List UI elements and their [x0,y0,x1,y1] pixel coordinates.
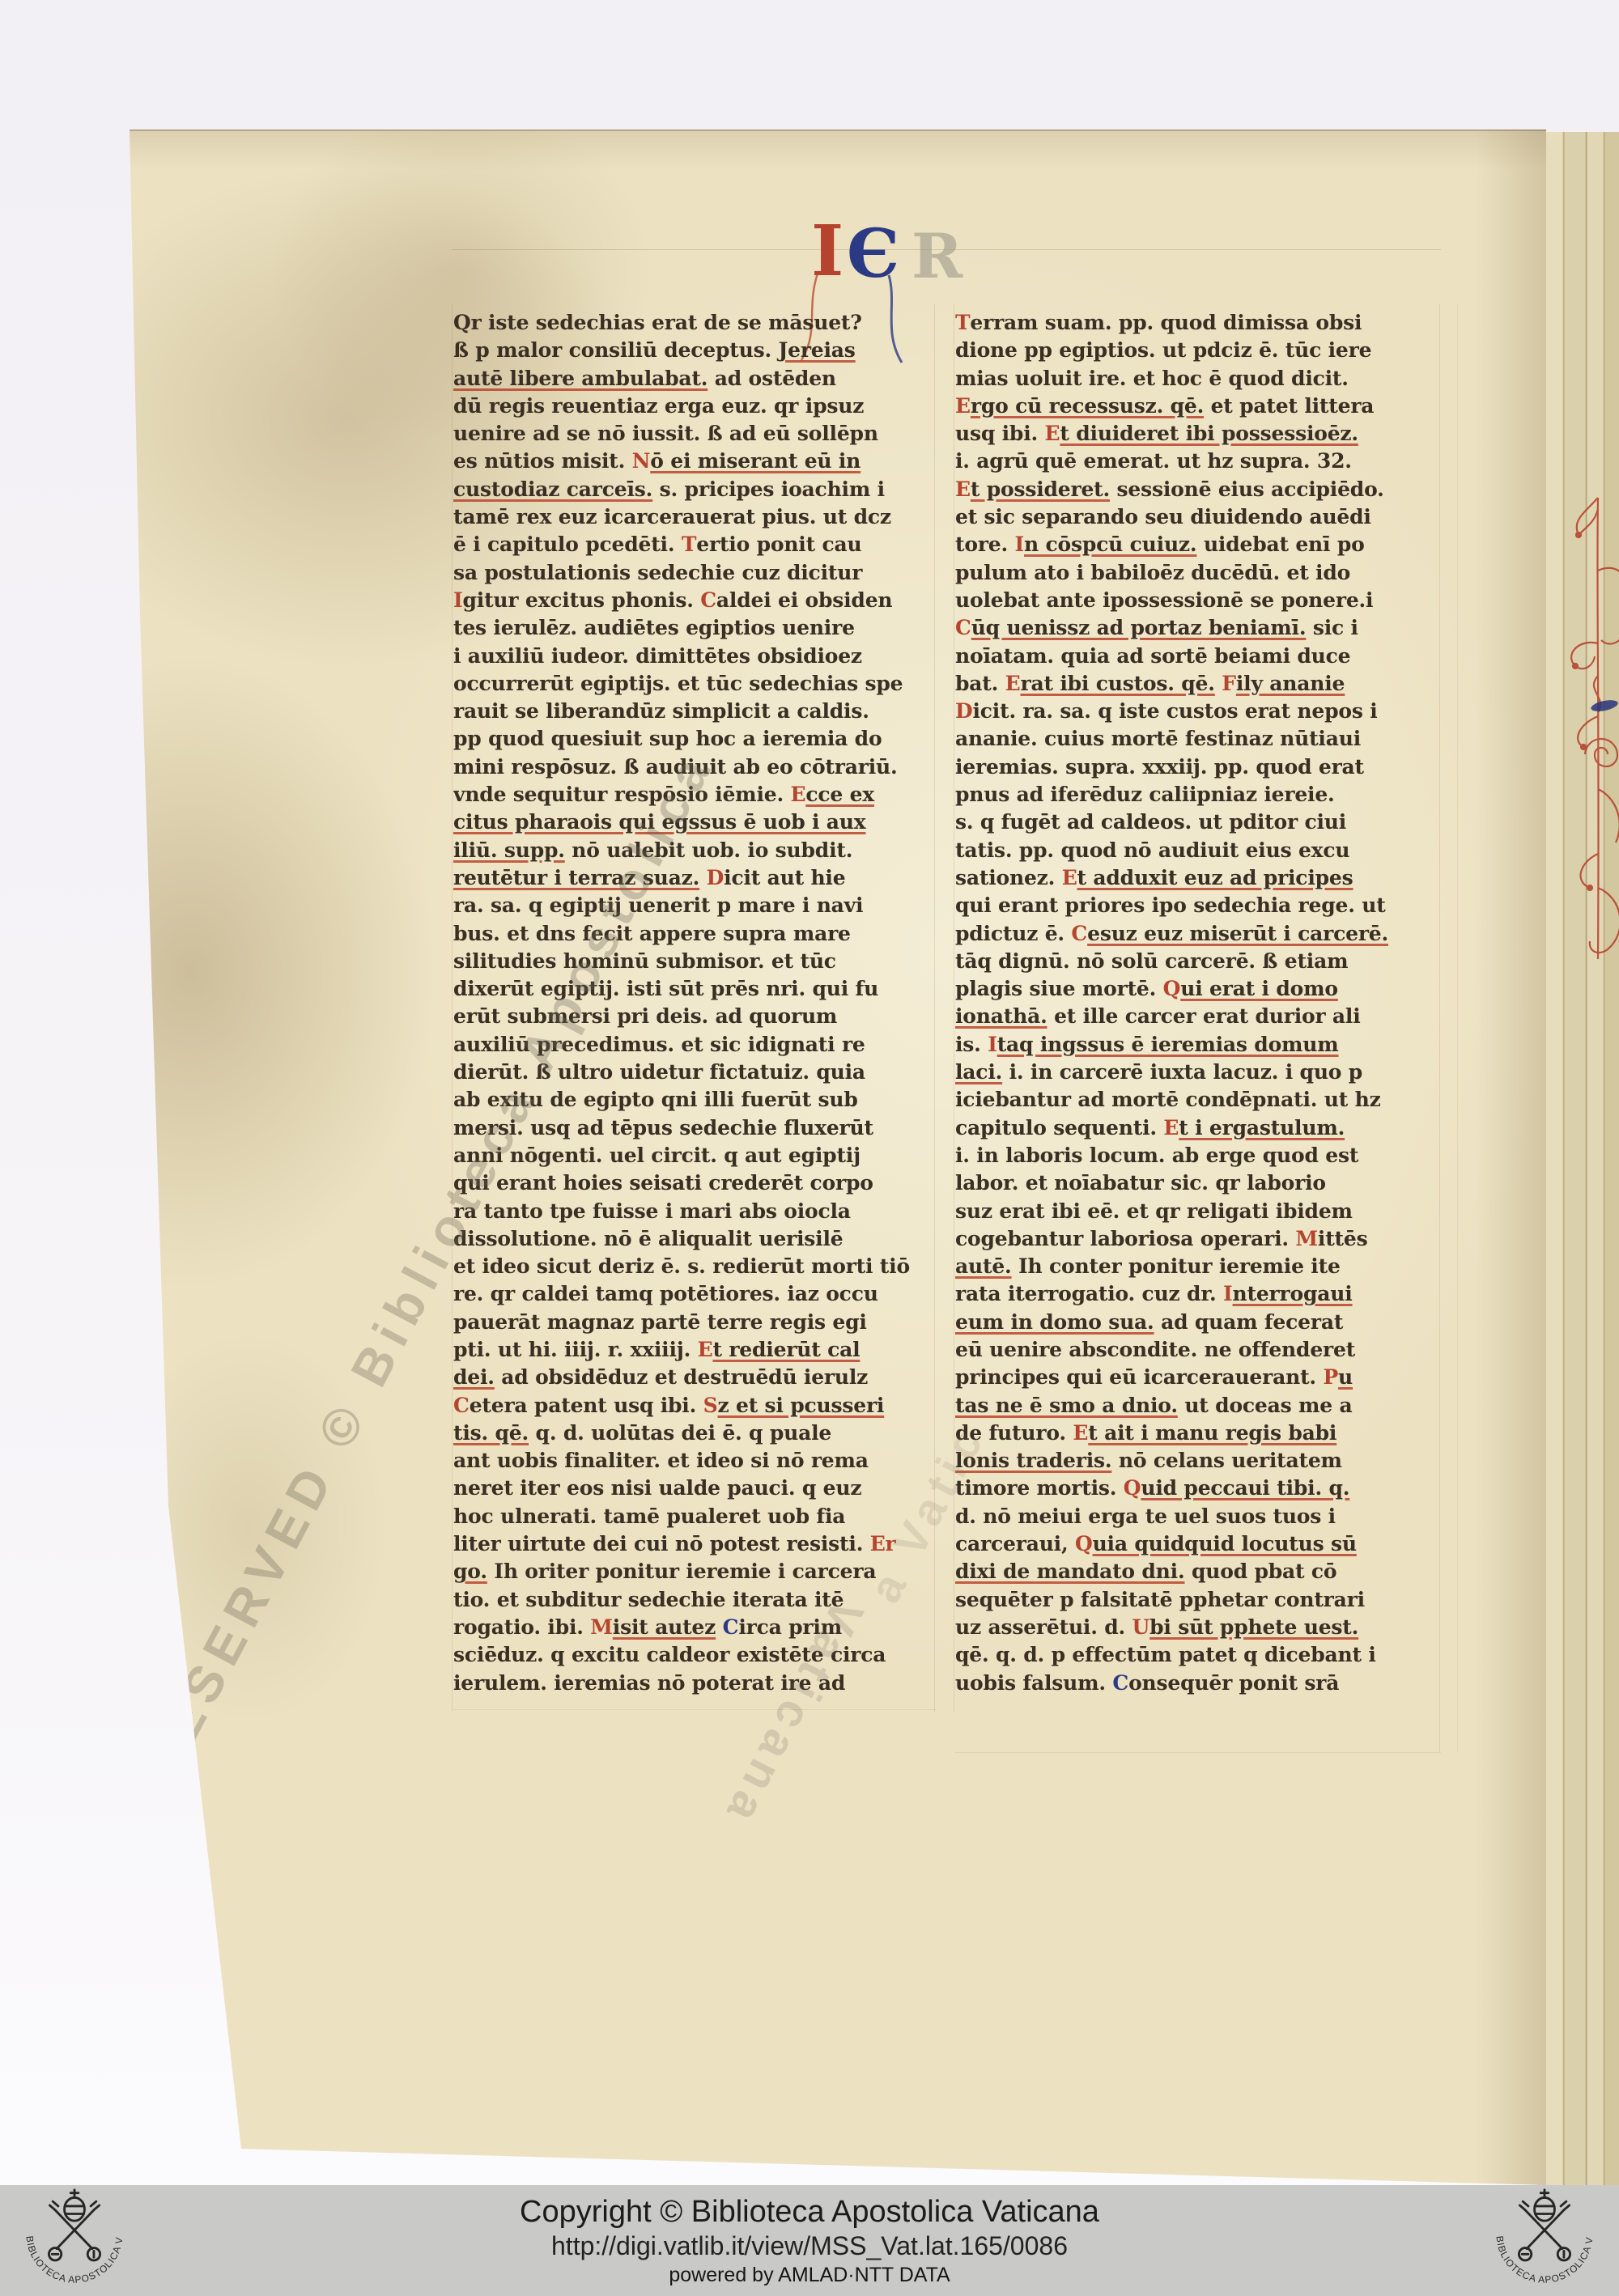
manuscript-line: Dicit. ra. sa. q iste custos erat nepos … [955,698,1439,725]
manuscript-line: tore. In cōspcū cuiuz. uidebat enī po [955,531,1439,558]
manuscript-line: bus. et dns fecit appere supra mare [453,920,934,948]
manuscript-line: ra tanto tpe fuisse i mari abs oiocla [453,1198,934,1225]
footer-text-block: Copyright © Biblioteca Apostolica Vatica… [149,2194,1470,2288]
ruling-line-bottom-right [955,1752,1441,1753]
footer-url: http://digi.vatlib.it/view/MSS_Vat.lat.1… [149,2230,1470,2262]
manuscript-line: citus pharaois qui egssus ē uob i aux [453,808,934,836]
manuscript-line: es nūtios misit. Nō ei miserant eū in [453,448,934,475]
red-filigree-ornament [1551,473,1619,991]
manuscript-line: laci. i. in carcerē iuxta lacuz. i quo p [955,1059,1439,1086]
manuscript-line: dixerūt egiptij. isti sūt prēs nri. qui … [453,975,934,1003]
manuscript-line: iliū. supp. nō ualebit uob. io subdit. [453,837,934,864]
manuscript-line: silitudies hominū submisor. et tūc [453,948,934,975]
manuscript-line: tio. et subditur sedechie iterata itē [453,1586,934,1614]
manuscript-line: pp quod quesiuit sup hoc a ieremia do [453,725,934,753]
manuscript-line: ierulem. ieremias nō poterat ire ad [453,1670,934,1697]
ruling-line-bottom-left [453,1709,936,1710]
footer-powered-by: powered by AMLAD·NTT DATA [149,2262,1470,2288]
manuscript-line: rauit se liberandūz simplicit a caldis. [453,698,934,725]
manuscript-line: pti. ut hi. iiij. r. xxiiij. Et redierūt… [453,1336,934,1364]
manuscript-line: Terram suam. pp. quod dimissa obsi [955,309,1439,337]
manuscript-line: auxiliū precedimus. et sic idignati re [453,1031,934,1059]
manuscript-line: Et possideret. sessionē eius accipiēdo. [955,476,1439,503]
manuscript-line: erūt submersi pri deis. ad quorum [453,1003,934,1030]
manuscript-line: labor. et noīabatur sic. qr laborio [955,1169,1439,1197]
manuscript-line: Igitur excitus phonis. Caldei ei obsiden [453,587,934,614]
manuscript-line: eū uenire abscondite. ne offenderet [955,1336,1439,1364]
manuscript-line: i. agrū quē emerat. ut hz supra. 32. [955,448,1439,475]
manuscript-line: capitulo sequenti. Et i ergastulum. [955,1114,1439,1142]
manuscript-line: suz erat ibi eē. et qr religati ibidem [955,1198,1439,1225]
manuscript-line: ant uobis finaliter. et ideo si nō rema [453,1447,934,1475]
manuscript-line: tes ierulēz. audiētes egiptios uenire [453,614,934,642]
manuscript-line: ē i capitulo pcedēti. Tertio ponit cau [453,531,934,558]
manuscript-line: mias uoluit ire. et hoc ē quod dicit. [955,365,1439,393]
manuscript-line: tis. qē. q. d. uolūtas dei ē. q puale [453,1420,934,1447]
manuscript-line: uobis falsum. Consequēr ponit srā [955,1670,1439,1697]
manuscript-line: s. q fugēt ad caldeos. ut pditor ciui [955,808,1439,836]
manuscript-line: et sic separando seu diuidendo auēdi [955,503,1439,531]
manuscript-line: vnde sequitur respōsio iēmie. Ecce ex [453,781,934,808]
manuscript-line: timore mortis. Quid peccaui tibi. q. [955,1475,1439,1502]
manuscript-line: mini respōsuz. ß audiuit ab eo cōtrariū. [453,753,934,781]
column-guide-right-outer [1439,303,1440,1752]
manuscript-line: go. Ih oriter ponitur ieremie i carcera [453,1558,934,1585]
manuscript-line: re. qr caldei tamq potētiores. iaz occu [453,1280,934,1308]
manuscript-line: hoc ulnerati. tamē pualeret uob fia [453,1503,934,1530]
manuscript-line: ieremias. supra. xxxiij. pp. quod erat [955,753,1439,781]
manuscript-line: ananie. cuius mortē festinaz nūtiaui [955,725,1439,753]
column-guide-left-inner [934,303,935,1712]
manuscript-line: qui erant priores ipo sedechia rege. ut [955,892,1439,919]
manuscript-line: tamē rex euz icarcerauerat pius. ut dcz [453,503,934,531]
manuscript-line: dissolutione. nō ē aliqualit uerisilē [453,1225,934,1253]
manuscript-line: sationez. Et adduxit euz ad pricipes [955,864,1439,892]
column-guide-right-margin [1457,303,1458,1752]
manuscript-line: principes qui eū icarcerauerant. Pu [955,1364,1439,1391]
manuscript-line: eum in domo sua. ad quam fecerat [955,1309,1439,1336]
manuscript-line: plagis siue mortē. Qui erat i domo [955,975,1439,1003]
manuscript-line: ab exitu de egipto qni illi fuerūt sub [453,1086,934,1114]
manuscript-line: dixi de mandato dni. quod pbat cō [955,1558,1439,1585]
manuscript-line: occurrerūt egiptijs. et tūc sedechias sp… [453,670,934,698]
manuscript-line: usq ibi. Et diuideret ibi possessioēz. [955,420,1439,448]
manuscript-line: neret iter eos nisi ualde pauci. q euz [453,1475,934,1502]
manuscript-line: tas ne ē smo a dnio. ut doceas me a [955,1392,1439,1420]
scanned-manuscript-photo: I Є R Qr iste sedechias erat de se māsue… [0,0,1619,2296]
column-guide-left-outer [452,303,453,1712]
manuscript-line: carceraui, Quia quidquid locutus sū [955,1530,1439,1558]
column-guide-right-inner [954,303,954,1712]
manuscript-line: d. nō meiui erga te uel suos tuos i [955,1503,1439,1530]
footer-bar: BIBLIOTECA APOSTOLICA VATICANA Copyright… [0,2185,1619,2296]
manuscript-line: i auxiliū iudeor. dimittētes obsidioez [453,643,934,670]
manuscript-line: ra. sa. q egiptij uenerit p mare i navi [453,892,934,919]
manuscript-line: pdictuz ē. Cesuz euz miserūt i carcerē. [955,920,1439,948]
manuscript-line: dū regis reuentiaz erga euz. qr ipsuz [453,393,934,420]
manuscript-line: pulum ato i babiloēz ducēdū. et ido [955,559,1439,587]
manuscript-line: rogatio. ibi. Misit autez Circa prim [453,1614,934,1641]
manuscript-line: autē. Ih conter ponitur ieremie ite [955,1253,1439,1280]
manuscript-line: noīatam. quia ad sortē beiami duce [955,643,1439,670]
manuscript-line: is. Itaq ingssus ē ieremias domum [955,1031,1439,1059]
manuscript-line: dione pp egiptios. ut pdciz ē. tūc iere [955,337,1439,364]
vatican-library-logo-right: BIBLIOTECA APOSTOLICA VATICANA [1477,2187,1613,2295]
manuscript-line: qui erant hoies seisati crederēt corpo [453,1169,934,1197]
manuscript-line: Cūq uenissz ad portaz beniamī. sic i [955,614,1439,642]
manuscript-line: uenire ad se nō iussit. ß ad eū sollēpn [453,420,934,448]
manuscript-line: iciebantur ad mortē condēpnati. ut hz [955,1086,1439,1114]
manuscript-line: tāq dignū. nō solū carcerē. ß etiam [955,948,1439,975]
manuscript-column-left: Qr iste sedechias erat de se māsuet?ß p … [453,309,934,1698]
manuscript-line: pnus ad iferēduz caliipniaz iereie. [955,781,1439,808]
manuscript-line: sciēduz. q excitu caldeor existēte circa [453,1641,934,1669]
manuscript-line: tatis. pp. quod nō audiuit eius excu [955,837,1439,864]
page-top-edge [120,129,1546,131]
manuscript-line: Ergo cū recessusz. qē. et patet littera [955,393,1439,420]
manuscript-line: rata iterrogatio. cuz dr. Interrogaui [955,1280,1439,1308]
manuscript-line: reutētur i terraz suaz. Dicit aut hie [453,864,934,892]
manuscript-line: liter uirtute dei cui nō potest resisti.… [453,1530,934,1558]
footer-copyright: Copyright © Biblioteca Apostolica Vatica… [149,2194,1470,2230]
manuscript-line: Cetera patent usq ibi. Sz et si pcusseri [453,1392,934,1420]
manuscript-line: uolebat ante ipossessionē se ponere.i [955,587,1439,614]
manuscript-line: autē libere ambulabat. ad ostēden [453,365,934,393]
manuscript-line: ß p malor consiliū deceptus. Jereias [453,337,934,364]
manuscript-line: bat. Erat ibi custos. qē. Fily ananie [955,670,1439,698]
manuscript-line: dierūt. ß ultro uidetur fictatuiz. quia [453,1059,934,1086]
vatican-library-logo-left: BIBLIOTECA APOSTOLICA VATICANA [6,2187,142,2295]
manuscript-line: anni nōgenti. uel circit. q aut egiptij [453,1142,934,1169]
book-fore-edge [1538,132,1619,2185]
manuscript-column-right: Terram suam. pp. quod dimissa obsidione … [955,309,1439,1698]
manuscript-line: de futuro. Et ait i manu regis babi [955,1420,1439,1447]
manuscript-line: dei. ad obsidēduz et destruēdū ierulz [453,1364,934,1391]
manuscript-line: qē. q. d. p effectūm patet q dicebant i [955,1641,1439,1669]
manuscript-line: pauerāt magnaz partē terre regis egi [453,1309,934,1336]
manuscript-line: lonis traderis. nō celans ueritatem [955,1447,1439,1475]
manuscript-line: sa postulationis sedechie cuz dicitur [453,559,934,587]
parchment-page: I Є R Qr iste sedechias erat de se māsue… [120,129,1546,2185]
manuscript-line: et ideo sicut deriz ē. s. redierūt morti… [453,1253,934,1280]
manuscript-line: Qr iste sedechias erat de se māsuet? [453,309,934,337]
manuscript-line: mersi. usq ad tēpus sedechie fluxerūt [453,1114,934,1142]
manuscript-line: uz asserētui. d. Ubi sūt pphete uest. [955,1614,1439,1641]
manuscript-line: cogebantur laboriosa operari. Mittēs [955,1225,1439,1253]
manuscript-line: ionathā. et ille carcer erat durior ali [955,1003,1439,1030]
manuscript-line: sequēter p falsitatē pphetar contrari [955,1586,1439,1614]
manuscript-line: custodiaz carceīs. s. pricipes ioachim i [453,476,934,503]
manuscript-line: i. in laboris locum. ab erge quod est [955,1142,1439,1169]
